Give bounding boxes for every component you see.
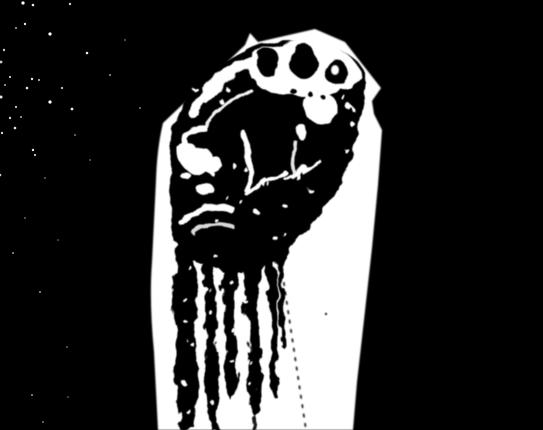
artwork-frame [0,0,543,430]
knuckle-ring-center [331,65,339,75]
artwork-canvas [0,0,543,430]
